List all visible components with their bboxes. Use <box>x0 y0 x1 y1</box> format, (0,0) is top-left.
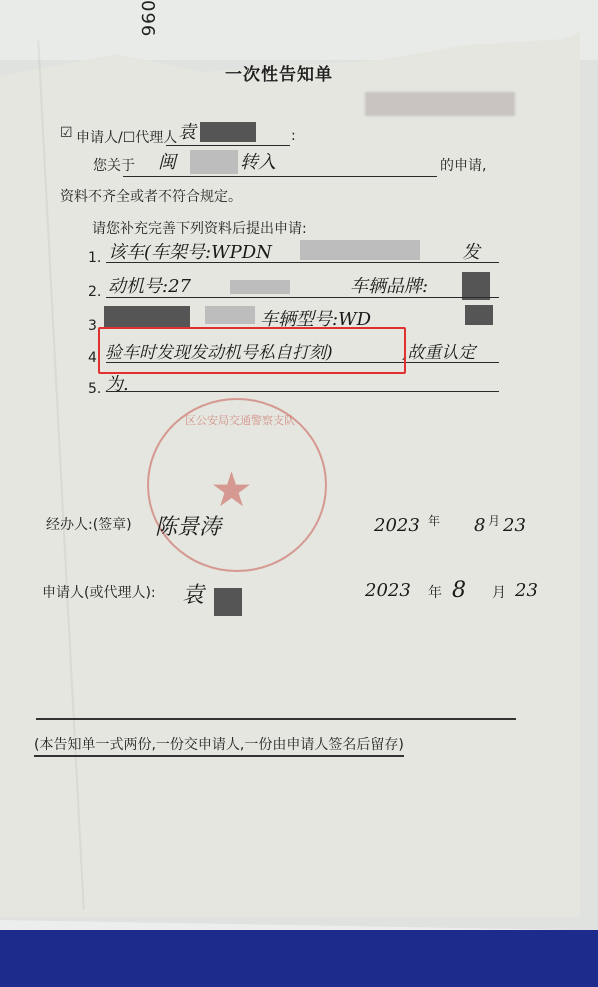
handler-date-year: 2023 <box>374 515 420 536</box>
instruction-text: 请您补充完善下列资料后提出申请: <box>92 218 307 238</box>
item-2-tail: 车辆品牌: <box>350 272 428 298</box>
underlying-sheet-number: 096 <box>137 0 158 37</box>
item-5-number: 5. <box>88 381 101 397</box>
applicant-name-handwritten: 袁 <box>178 118 196 144</box>
official-seal-text: 区公安局交通警察支队 <box>175 412 305 428</box>
item-4-tail: ,故重认定 <box>402 338 475 363</box>
applicant-label: 申请人/☐代理人 <box>76 127 177 147</box>
regarding-handwritten-origin: 闽 <box>158 148 176 174</box>
applicant-date-day: 23 <box>515 580 538 601</box>
item-2-number: 2. <box>88 284 101 300</box>
item-5-underline <box>106 391 499 392</box>
applicant-date-year: 2023 <box>365 580 411 601</box>
redaction <box>465 305 493 325</box>
highlighted-annotation-box <box>98 327 406 374</box>
redaction <box>214 588 242 616</box>
redaction <box>104 306 190 328</box>
regarding-prefix: 您关于 <box>93 155 135 175</box>
redacted-corner-info <box>365 92 515 116</box>
redaction <box>300 240 420 260</box>
item-1-tail: 发 <box>462 238 480 264</box>
redaction <box>462 272 490 300</box>
handler-signature: 陈景涛 <box>155 510 221 541</box>
redaction <box>230 280 290 294</box>
form-title: 一次性告知单 <box>225 60 333 85</box>
regarding-underline <box>123 176 437 177</box>
applicant-colon: : <box>291 128 296 144</box>
handler-date-day: 23 <box>503 515 526 536</box>
applicant-signature: 袁 <box>182 578 204 609</box>
applicant-date-month: 8 <box>452 578 466 603</box>
item-2-underline <box>106 297 499 298</box>
blue-surface <box>0 930 598 987</box>
item-5-text: 为. <box>105 370 129 396</box>
footer-divider <box>36 718 516 720</box>
item-1-underline <box>106 262 499 263</box>
redaction <box>190 150 238 174</box>
redaction <box>205 306 255 324</box>
handler-date-month: 8 <box>474 515 485 536</box>
footer-note: (本告知单一式两份,一份交申请人,一份由申请人签名后留存) <box>34 734 404 757</box>
item-1-text: 该车(车架号:WPDN <box>108 238 272 264</box>
redaction <box>200 122 256 142</box>
regarding-handwritten-transfer: 转入 <box>240 148 276 174</box>
regarding-suffix: 的申请, <box>440 155 486 175</box>
applicant-month-label: 月 <box>492 582 506 602</box>
incomplete-note: 资料不齐全或者不符合规定。 <box>60 186 242 206</box>
applicant-sign-label: 申请人(或代理人): <box>42 582 156 602</box>
handler-year-label: 年 <box>428 512 440 529</box>
applicant-underline <box>166 145 290 146</box>
handler-label: 经办人:(签章) <box>46 514 132 534</box>
applicant-checkbox: ☑ <box>60 125 73 141</box>
handler-month-label: 月 <box>488 512 500 529</box>
item-2-text: 动机号:27 <box>108 272 191 298</box>
item-1-number: 1. <box>88 250 101 266</box>
applicant-year-label: 年 <box>428 582 442 602</box>
